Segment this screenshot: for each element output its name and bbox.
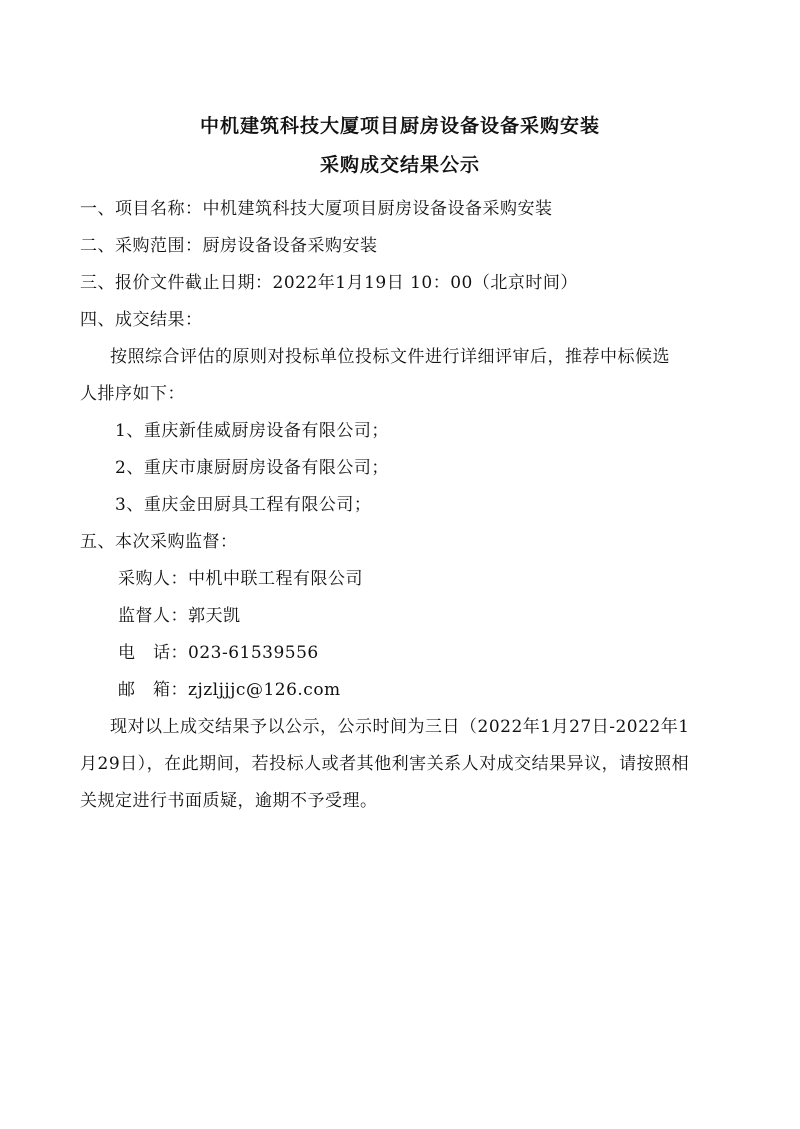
email-line: 邮 箱：zjzljjjc@126.com: [118, 679, 341, 701]
document-title: 中机建筑科技大厦项目厨房设备设备采购安装: [0, 114, 800, 138]
candidate-1: 1、重庆新佳威厨房设备有限公司；: [115, 420, 389, 442]
closing-paragraph-line-2: 月29日），在此期间，若投标人或者其他利害关系人对成交结果异议，请按照相: [80, 753, 689, 775]
closing-paragraph-line-1: 现对以上成交结果予以公示，公示时间为三日（2022年1月27日-2022年1: [110, 716, 690, 738]
result-paragraph-line-1: 按照综合评估的原则对投标单位投标文件进行详细评审后，推荐中标候选: [110, 346, 670, 368]
candidate-2: 2、重庆市康厨厨房设备有限公司；: [115, 457, 389, 479]
supervisor-line: 监督人：郭天凯: [118, 605, 241, 627]
closing-paragraph-line-3: 关规定进行书面质疑，逾期不予受理。: [80, 790, 378, 812]
procurement-scope-line: 二、采购范围：厨房设备设备采购安装: [80, 235, 378, 257]
phone-line: 电 话：023-61539556: [118, 642, 319, 664]
project-name-line: 一、项目名称：中机建筑科技大厦项目厨房设备设备采购安装: [80, 198, 553, 220]
candidate-3: 3、重庆金田厨具工程有限公司；: [115, 494, 371, 516]
purchaser-line: 采购人：中机中联工程有限公司: [118, 568, 363, 590]
result-paragraph-line-2: 人排序如下：: [80, 383, 185, 405]
result-heading: 四、成交结果：: [80, 309, 203, 331]
supervision-heading: 五、本次采购监督：: [80, 531, 238, 553]
deadline-line: 三、报价文件截止日期：2022年1月19日 10：00（北京时间）: [80, 272, 578, 294]
document-subtitle: 采购成交结果公示: [0, 153, 800, 177]
document-page: 中机建筑科技大厦项目厨房设备设备采购安装 采购成交结果公示 一、项目名称：中机建…: [0, 0, 800, 1129]
